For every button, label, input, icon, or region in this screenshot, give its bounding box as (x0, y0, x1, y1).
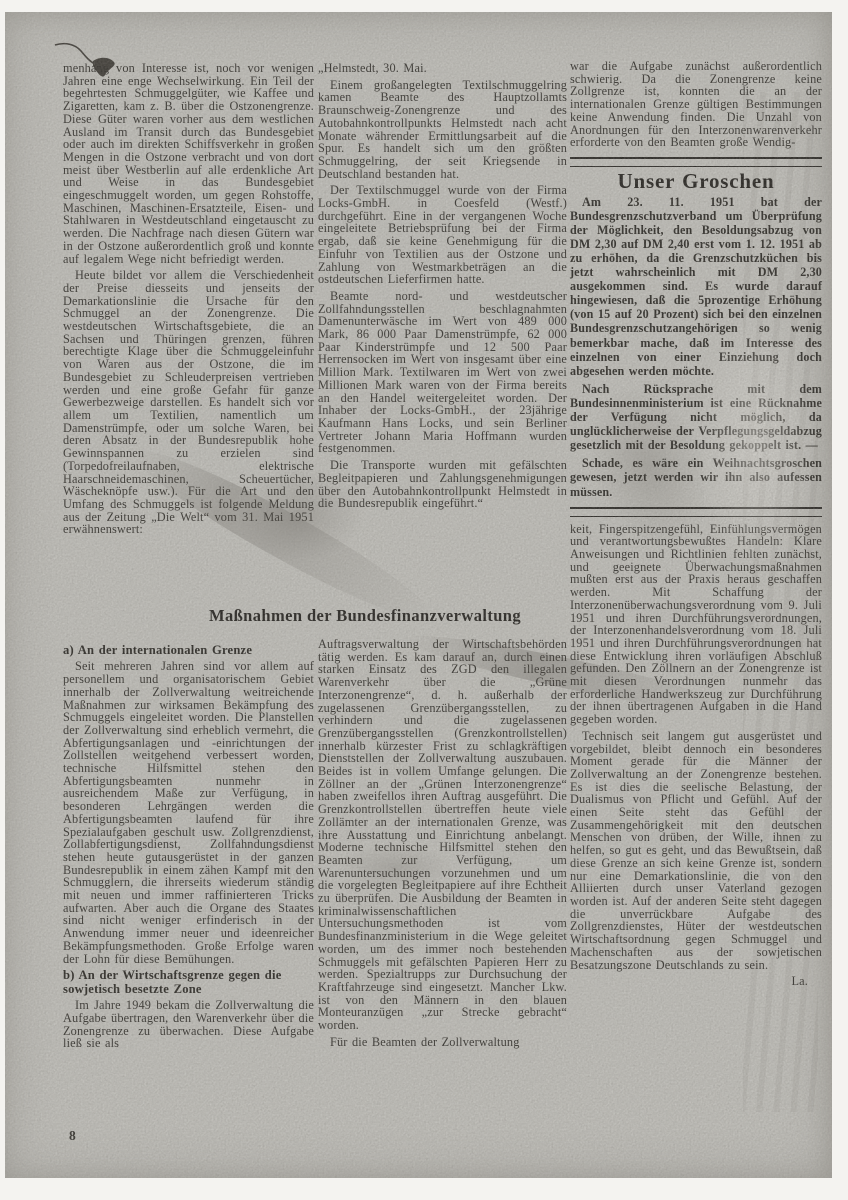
dateline: „Helmstedt, 30. Mai. (318, 62, 567, 75)
document-scan: { "page": {"number": "8", "paper_hex": "… (0, 0, 848, 1200)
paragraph: Am 23. 11. 1951 bat der Bundesgrenzschut… (570, 195, 822, 378)
middle-column-top: „Helmstedt, 30. Mai. Einem großangelegte… (318, 62, 567, 514)
left-column-bottom: a) An der internationalen Grenze Seit me… (63, 642, 314, 1054)
paragraph: Einem großangelegten Textilschmuggelring… (318, 79, 567, 181)
right-column: war die Aufgabe zunächst außerordentlich… (570, 60, 822, 992)
subsection-b-heading: b) An der Wirtschaftsgrenze gegen die so… (63, 969, 314, 996)
paragraph: menhang von Interesse ist, noch vor weni… (63, 62, 314, 265)
paragraph: Heute bildet vor allem die Verschiedenhe… (63, 269, 314, 536)
middle-column-bottom: Auftragsverwaltung der Wirtschaftsbehörd… (318, 638, 567, 1053)
double-rule (570, 507, 822, 517)
paragraph: Beamte nord- und westdeutscher Zollfahnd… (318, 290, 567, 455)
paragraph: war die Aufgabe zunächst außerordentlich… (570, 60, 822, 149)
paragraph: Für die Beamten der Zollverwaltung (318, 1036, 567, 1049)
paragraph: Nach Rücksprache mit dem Bundesinnenmini… (570, 382, 822, 452)
paragraph: Technisch seit langem gut ausgerüstet un… (570, 730, 822, 971)
paragraph: Im Jahre 1949 bekam die Zollverwaltung d… (63, 999, 314, 1050)
scanned-page: menhang von Interesse ist, noch vor weni… (5, 12, 832, 1178)
author-signature: La. (570, 975, 822, 988)
groschen-box: Unser Groschen Am 23. 11. 1951 bat der B… (570, 175, 822, 499)
paragraph: keit, Fingerspitzengefühl, Einfühlungsve… (570, 523, 822, 726)
paragraph: Der Textilschmuggel wurde von der Firma … (318, 184, 567, 286)
paragraph: Die Transporte wurden mit gefälschten Be… (318, 459, 567, 510)
paragraph: Schade, es wäre ein Weihnachtsgroschen g… (570, 456, 822, 498)
subsection-a-heading: a) An der internationalen Grenze (63, 644, 314, 657)
left-column-top: menhang von Interesse ist, noch vor weni… (63, 62, 314, 540)
page-number: 8 (69, 1128, 76, 1144)
paragraph: Seit mehreren Jahren sind vor allem auf … (63, 660, 314, 965)
paragraph: Auftragsverwaltung der Wirtschaftsbehörd… (318, 638, 567, 1032)
groschen-title: Unser Groschen (570, 175, 822, 188)
section-heading: Maßnahmen der Bundesfinanzverwaltung (160, 606, 570, 626)
double-rule (570, 157, 822, 167)
